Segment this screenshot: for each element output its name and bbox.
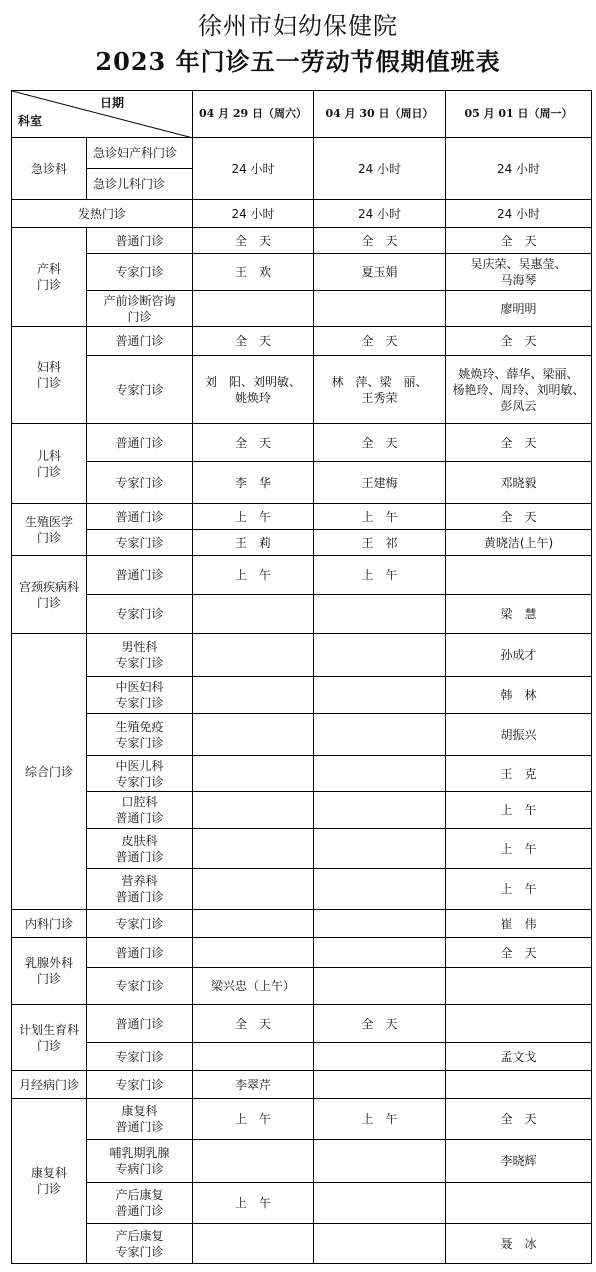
table-row: 营养科 普通门诊 上 午	[12, 869, 592, 910]
doctor-cell: 聂 冰	[446, 1224, 592, 1264]
shift-cell: 上 午	[193, 504, 314, 530]
sub-clinic: 普通门诊	[87, 938, 193, 968]
doctor-cell: 梁 慧	[446, 595, 592, 634]
shift-cell: 全 天	[446, 228, 592, 254]
doctor-cell: 刘 阳、刘明敏、 姚焕玲	[193, 356, 314, 424]
shift-cell	[446, 1183, 592, 1224]
table-row: 生殖医学 门诊 普通门诊 上 午 上 午 全 天	[12, 504, 592, 530]
doctor-cell: 孙成才	[446, 634, 592, 677]
shift-cell: 全 天	[193, 228, 314, 254]
table-row: 专家门诊 梁 慧	[12, 595, 592, 634]
doctor-cell: 王建梅	[314, 462, 446, 504]
doctor-cell	[314, 291, 446, 327]
date-header-0429: 04 月 29 日（周六）	[193, 91, 314, 138]
shift-cell: 24 小时	[193, 138, 314, 200]
dept-rehabilitation: 康复科 门诊	[12, 1099, 87, 1264]
shift-cell	[193, 938, 314, 968]
sub-clinic: 专家门诊	[87, 1043, 193, 1071]
shift-cell: 上 午	[314, 556, 446, 595]
duty-schedule-table: 日期 科室 04 月 29 日（周六） 04 月 30 日（周日） 05 月 0…	[11, 90, 592, 1264]
dept-general-clinic: 综合门诊	[12, 634, 87, 910]
dept-cervical-disease: 宫颈疾病科 门诊	[12, 556, 87, 634]
table-row: 生殖免疫 专家门诊 胡振兴	[12, 714, 592, 756]
doctor-cell: 胡振兴	[446, 714, 592, 756]
dept-menstrual-disorders: 月经病门诊	[12, 1071, 87, 1099]
sub-clinic: 普通门诊	[87, 228, 193, 254]
sub-clinic: 普通门诊	[87, 424, 193, 462]
doctor-cell	[314, 756, 446, 792]
table-row: 产前诊断咨询 门诊 廖明明	[12, 291, 592, 327]
shift-cell	[314, 938, 446, 968]
doctor-cell: 李翠芹	[193, 1071, 314, 1099]
doctor-cell	[314, 677, 446, 714]
shift-cell: 24 小时	[193, 200, 314, 228]
schedule-title: 2023 年门诊五一劳动节假期值班表	[0, 42, 596, 77]
doctor-cell: 王 祁	[314, 530, 446, 556]
shift-cell: 上 午	[446, 869, 592, 910]
table-row: 月经病门诊 专家门诊 李翠芹	[12, 1071, 592, 1099]
doctor-cell	[193, 291, 314, 327]
doctor-cell	[314, 968, 446, 1005]
header-row: 日期 科室 04 月 29 日（周六） 04 月 30 日（周日） 05 月 0…	[12, 91, 592, 138]
table-row: 专家门诊 刘 阳、刘明敏、 姚焕玲 林 萍、梁 丽、 王秀荣 姚焕玲、薛华、梁丽…	[12, 356, 592, 424]
date-axis-label: 日期	[100, 95, 124, 111]
doctor-cell: 吴庆荣、吴惠莹、 马海琴	[446, 254, 592, 291]
dept-reproductive-medicine: 生殖医学 门诊	[12, 504, 87, 556]
dept-fever: 发热门诊	[12, 200, 193, 228]
shift-cell	[314, 1183, 446, 1224]
dept-emergency: 急诊科	[12, 138, 87, 200]
date-header-0430: 04 月 30 日（周日）	[314, 91, 446, 138]
dept-breast-surgery: 乳腺外科 门诊	[12, 938, 87, 1005]
sub-clinic: 专家门诊	[87, 595, 193, 634]
sub-clinic: 口腔科 普通门诊	[87, 792, 193, 829]
shift-cell: 全 天	[314, 228, 446, 254]
dept-family-planning: 计划生育科 门诊	[12, 1005, 87, 1071]
table-row: 宫颈疾病科 门诊 普通门诊 上 午 上 午	[12, 556, 592, 595]
dept-pediatrics: 儿科 门诊	[12, 424, 87, 504]
table-row: 综合门诊 男性科 专家门诊 孙成才	[12, 634, 592, 677]
sub-clinic: 男性科 专家门诊	[87, 634, 193, 677]
doctor-cell	[193, 714, 314, 756]
shift-cell	[446, 556, 592, 595]
sub-clinic: 营养科 普通门诊	[87, 869, 193, 910]
doctor-cell	[193, 756, 314, 792]
doctor-cell: 夏玉娟	[314, 254, 446, 291]
table-row: 内科门诊 专家门诊 崔 伟	[12, 910, 592, 938]
doctor-cell: 梁兴忠（上午）	[193, 968, 314, 1005]
doctor-cell: 姚焕玲、薛华、梁丽、 杨艳玲、周玲、刘明敏、 彭凤云	[446, 356, 592, 424]
dept-obstetrics: 产科 门诊	[12, 228, 87, 327]
shift-cell: 24 小时	[314, 200, 446, 228]
shift-cell	[193, 829, 314, 869]
diagonal-header-cell: 日期 科室	[12, 91, 193, 138]
doctor-cell: 韩 林	[446, 677, 592, 714]
table-row: 中医妇科 专家门诊 韩 林	[12, 677, 592, 714]
doctor-cell	[193, 1224, 314, 1264]
doctor-cell: 孟文戈	[446, 1043, 592, 1071]
shift-cell: 全 天	[446, 327, 592, 356]
sub-clinic: 专家门诊	[87, 530, 193, 556]
table-row: 专家门诊 李 华 王建梅 邓晓毅	[12, 462, 592, 504]
shift-cell: 24 小时	[446, 138, 592, 200]
doctor-cell	[193, 1140, 314, 1183]
doctor-cell	[314, 595, 446, 634]
table-row: 计划生育科 门诊 普通门诊 全 天 全 天	[12, 1005, 592, 1043]
table-row: 产后康复 普通门诊 上 午	[12, 1183, 592, 1224]
doctor-cell	[314, 634, 446, 677]
doctor-cell: 王 欢	[193, 254, 314, 291]
sub-clinic: 中医儿科 专家门诊	[87, 756, 193, 792]
shift-cell	[314, 829, 446, 869]
doctor-cell	[193, 677, 314, 714]
sub-clinic: 普通门诊	[87, 327, 193, 356]
doctor-cell	[193, 595, 314, 634]
shift-cell: 全 天	[314, 424, 446, 462]
table-row: 产后康复 专家门诊 聂 冰	[12, 1224, 592, 1264]
shift-cell	[314, 792, 446, 829]
sub-clinic: 普通门诊	[87, 1005, 193, 1043]
shift-cell	[193, 792, 314, 829]
shift-cell: 上 午	[446, 829, 592, 869]
doctor-cell: 邓晓毅	[446, 462, 592, 504]
shift-cell: 上 午	[314, 504, 446, 530]
doctor-cell	[193, 634, 314, 677]
shift-cell: 全 天	[446, 938, 592, 968]
shift-cell: 全 天	[193, 424, 314, 462]
shift-cell: 全 天	[314, 327, 446, 356]
doctor-cell	[193, 1043, 314, 1071]
table-row: 妇科 门诊 普通门诊 全 天 全 天 全 天	[12, 327, 592, 356]
shift-cell: 全 天	[193, 1005, 314, 1043]
table-row: 中医儿科 专家门诊 王 克	[12, 756, 592, 792]
sub-clinic: 皮肤科 普通门诊	[87, 829, 193, 869]
doctor-cell	[314, 1140, 446, 1183]
shift-cell: 全 天	[314, 1005, 446, 1043]
doctor-cell: 崔 伟	[446, 910, 592, 938]
table-row: 哺乳期乳腺 专病门诊 李晓辉	[12, 1140, 592, 1183]
shift-cell: 24 小时	[314, 138, 446, 200]
sub-clinic: 康复科 普通门诊	[87, 1099, 193, 1140]
sub-clinic: 专家门诊	[87, 462, 193, 504]
shift-cell: 上 午	[446, 792, 592, 829]
doctor-cell: 王 莉	[193, 530, 314, 556]
doctor-cell	[314, 1224, 446, 1264]
shift-cell: 全 天	[446, 424, 592, 462]
table-row: 专家门诊 梁兴忠（上午）	[12, 968, 592, 1005]
sub-clinic: 急诊妇产科门诊	[87, 138, 193, 169]
sub-clinic: 产后康复 专家门诊	[87, 1224, 193, 1264]
doctor-cell: 李 华	[193, 462, 314, 504]
shift-cell: 上 午	[314, 1099, 446, 1140]
doctor-cell: 王 克	[446, 756, 592, 792]
sub-clinic: 产后康复 普通门诊	[87, 1183, 193, 1224]
sub-clinic: 普通门诊	[87, 556, 193, 595]
doctor-cell: 廖明明	[446, 291, 592, 327]
table-row: 皮肤科 普通门诊 上 午	[12, 829, 592, 869]
doctor-cell	[446, 1071, 592, 1099]
hospital-title: 徐州市妇幼保健院	[0, 6, 596, 41]
doctor-cell	[314, 910, 446, 938]
table-row: 专家门诊 王 莉 王 祁 黄晓洁(上午)	[12, 530, 592, 556]
doctor-cell: 李晓辉	[446, 1140, 592, 1183]
sub-clinic: 生殖免疫 专家门诊	[87, 714, 193, 756]
shift-cell	[446, 1005, 592, 1043]
doctor-cell	[314, 1071, 446, 1099]
shift-cell	[193, 869, 314, 910]
shift-cell	[314, 869, 446, 910]
doctor-cell: 林 萍、梁 丽、 王秀荣	[314, 356, 446, 424]
date-header-0501: 05 月 01 日（周一）	[446, 91, 592, 138]
sub-clinic: 专家门诊	[87, 968, 193, 1005]
table-row: 急诊科 急诊妇产科门诊 24 小时 24 小时 24 小时	[12, 138, 592, 169]
sub-clinic: 专家门诊	[87, 910, 193, 938]
table-row: 口腔科 普通门诊 上 午	[12, 792, 592, 829]
department-axis-label: 科室	[18, 113, 42, 129]
sub-clinic: 专家门诊	[87, 356, 193, 424]
table-row: 乳腺外科 门诊 普通门诊 全 天	[12, 938, 592, 968]
doctor-cell	[314, 714, 446, 756]
shift-cell: 上 午	[193, 1099, 314, 1140]
dept-internal-medicine: 内科门诊	[12, 910, 87, 938]
shift-cell: 全 天	[446, 1099, 592, 1140]
sub-clinic: 中医妇科 专家门诊	[87, 677, 193, 714]
shift-cell: 全 天	[193, 327, 314, 356]
shift-cell: 24 小时	[446, 200, 592, 228]
sub-clinic: 急诊儿科门诊	[87, 169, 193, 200]
table-row: 专家门诊 孟文戈	[12, 1043, 592, 1071]
doctor-cell	[314, 1043, 446, 1071]
table-row: 发热门诊 24 小时 24 小时 24 小时	[12, 200, 592, 228]
sub-clinic: 普通门诊	[87, 504, 193, 530]
table-row: 产科 门诊 普通门诊 全 天 全 天 全 天	[12, 228, 592, 254]
shift-cell: 全 天	[446, 504, 592, 530]
doctor-cell	[446, 968, 592, 1005]
shift-cell: 上 午	[193, 1183, 314, 1224]
dept-gynecology: 妇科 门诊	[12, 327, 87, 424]
sub-clinic: 专家门诊	[87, 254, 193, 291]
table-row: 儿科 门诊 普通门诊 全 天 全 天 全 天	[12, 424, 592, 462]
shift-cell: 上 午	[193, 556, 314, 595]
sub-clinic: 哺乳期乳腺 专病门诊	[87, 1140, 193, 1183]
sub-clinic: 专家门诊	[87, 1071, 193, 1099]
sub-clinic: 产前诊断咨询 门诊	[87, 291, 193, 327]
table-row: 专家门诊 王 欢 夏玉娟 吴庆荣、吴惠莹、 马海琴	[12, 254, 592, 291]
doctor-cell	[193, 910, 314, 938]
table-row: 康复科 门诊 康复科 普通门诊 上 午 上 午 全 天	[12, 1099, 592, 1140]
doctor-cell: 黄晓洁(上午)	[446, 530, 592, 556]
